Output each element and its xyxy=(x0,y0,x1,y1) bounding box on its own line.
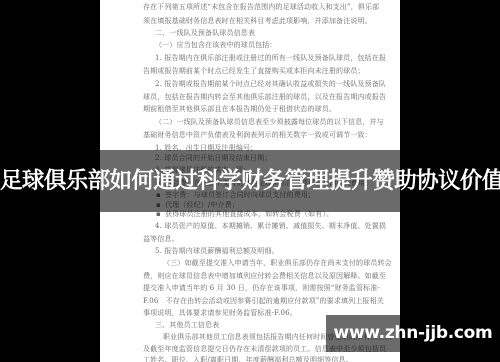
text-line: 告期或报告期前某个时点已经发生了直接购买或本拒向未注册的球员； xyxy=(143,66,365,77)
text-line: 存在下列第五项所述“未包含在报告范围内的足球活动收入和支出”，俱乐部 xyxy=(143,2,379,13)
text-line: 工姓名、职位、入职/离职日期、年度薪酬福利总额及明细等信息。 xyxy=(143,355,353,362)
text-line: 提交准入申请当年的 6 月 30 日，仍存在该事项，则需按照“财务监管标准- xyxy=(143,283,380,294)
text-line: （三）如截至提交准入申请当年，职业俱乐部仍存在尚未支付的球员转会 xyxy=(163,258,392,269)
text-line: 二、一线队及预备队球员信息表 xyxy=(155,28,255,39)
text-line: 事项说明，具体要求请参见财务监管标准-F.06。 xyxy=(143,308,297,319)
watermark: www.zhn-jjb.com xyxy=(326,315,500,352)
text-line: 5. 报告期内球员薪酬福利总额及明细。 xyxy=(155,246,279,257)
article-title: 足球俱乐部如何通过科学财务管理提升赞助协议价值与效果 xyxy=(0,150,500,212)
text-line: 2. 报告期或报告期前某个时点已经对其确认收益或损失的一线队及预备队 xyxy=(155,79,386,90)
text-line: 基础财务信息中资产负债表及利润表列示的相关数字一致或可调节一致： xyxy=(143,130,372,141)
text-line: F.06 不存在由转会活动或因参赛引起的逾期应付款项”的要求填列上报相关 xyxy=(143,296,384,307)
text-line: 4. 球员资产的原值、本期摊销、累计摊销、减值损失、期末净值、处置损 xyxy=(155,221,386,232)
text-line: （一）应当包含在该表中的球员包括： xyxy=(155,40,277,51)
text-line: 球员，包括在报告期内转会至其他俱乐部注册的球员，以及在报告期内或报告 xyxy=(143,92,386,103)
text-line: 益等信息。 xyxy=(143,234,179,245)
text-line: 三、其他员工信息表 xyxy=(155,320,219,331)
title-banner: 足球俱乐部如何通过科学财务管理提升赞助协议价值与效果 xyxy=(0,150,500,212)
text-line: （二）一线队及预备队球员信息表至少须披露每位球员的以下信息，并与 xyxy=(155,117,384,128)
text-line: 1. 报告期内在俱乐部注册或注册过的所有一线队及预备队球员，包括在报 xyxy=(155,53,386,64)
watermark-text: www.zhn-jjb.com xyxy=(326,315,500,352)
text-line: 期前租借至其他俱乐部且在本报告期仍处于租借状态的球员。 xyxy=(143,104,336,115)
text-line: 费，则应在球员信息表中增加填列应付转会费相关信息以及原因解释。如截至 xyxy=(143,271,386,282)
text-line: 须在填报基础财务信息表时在相关科目考虑此项影响，并添加备注说明。 xyxy=(143,16,372,27)
